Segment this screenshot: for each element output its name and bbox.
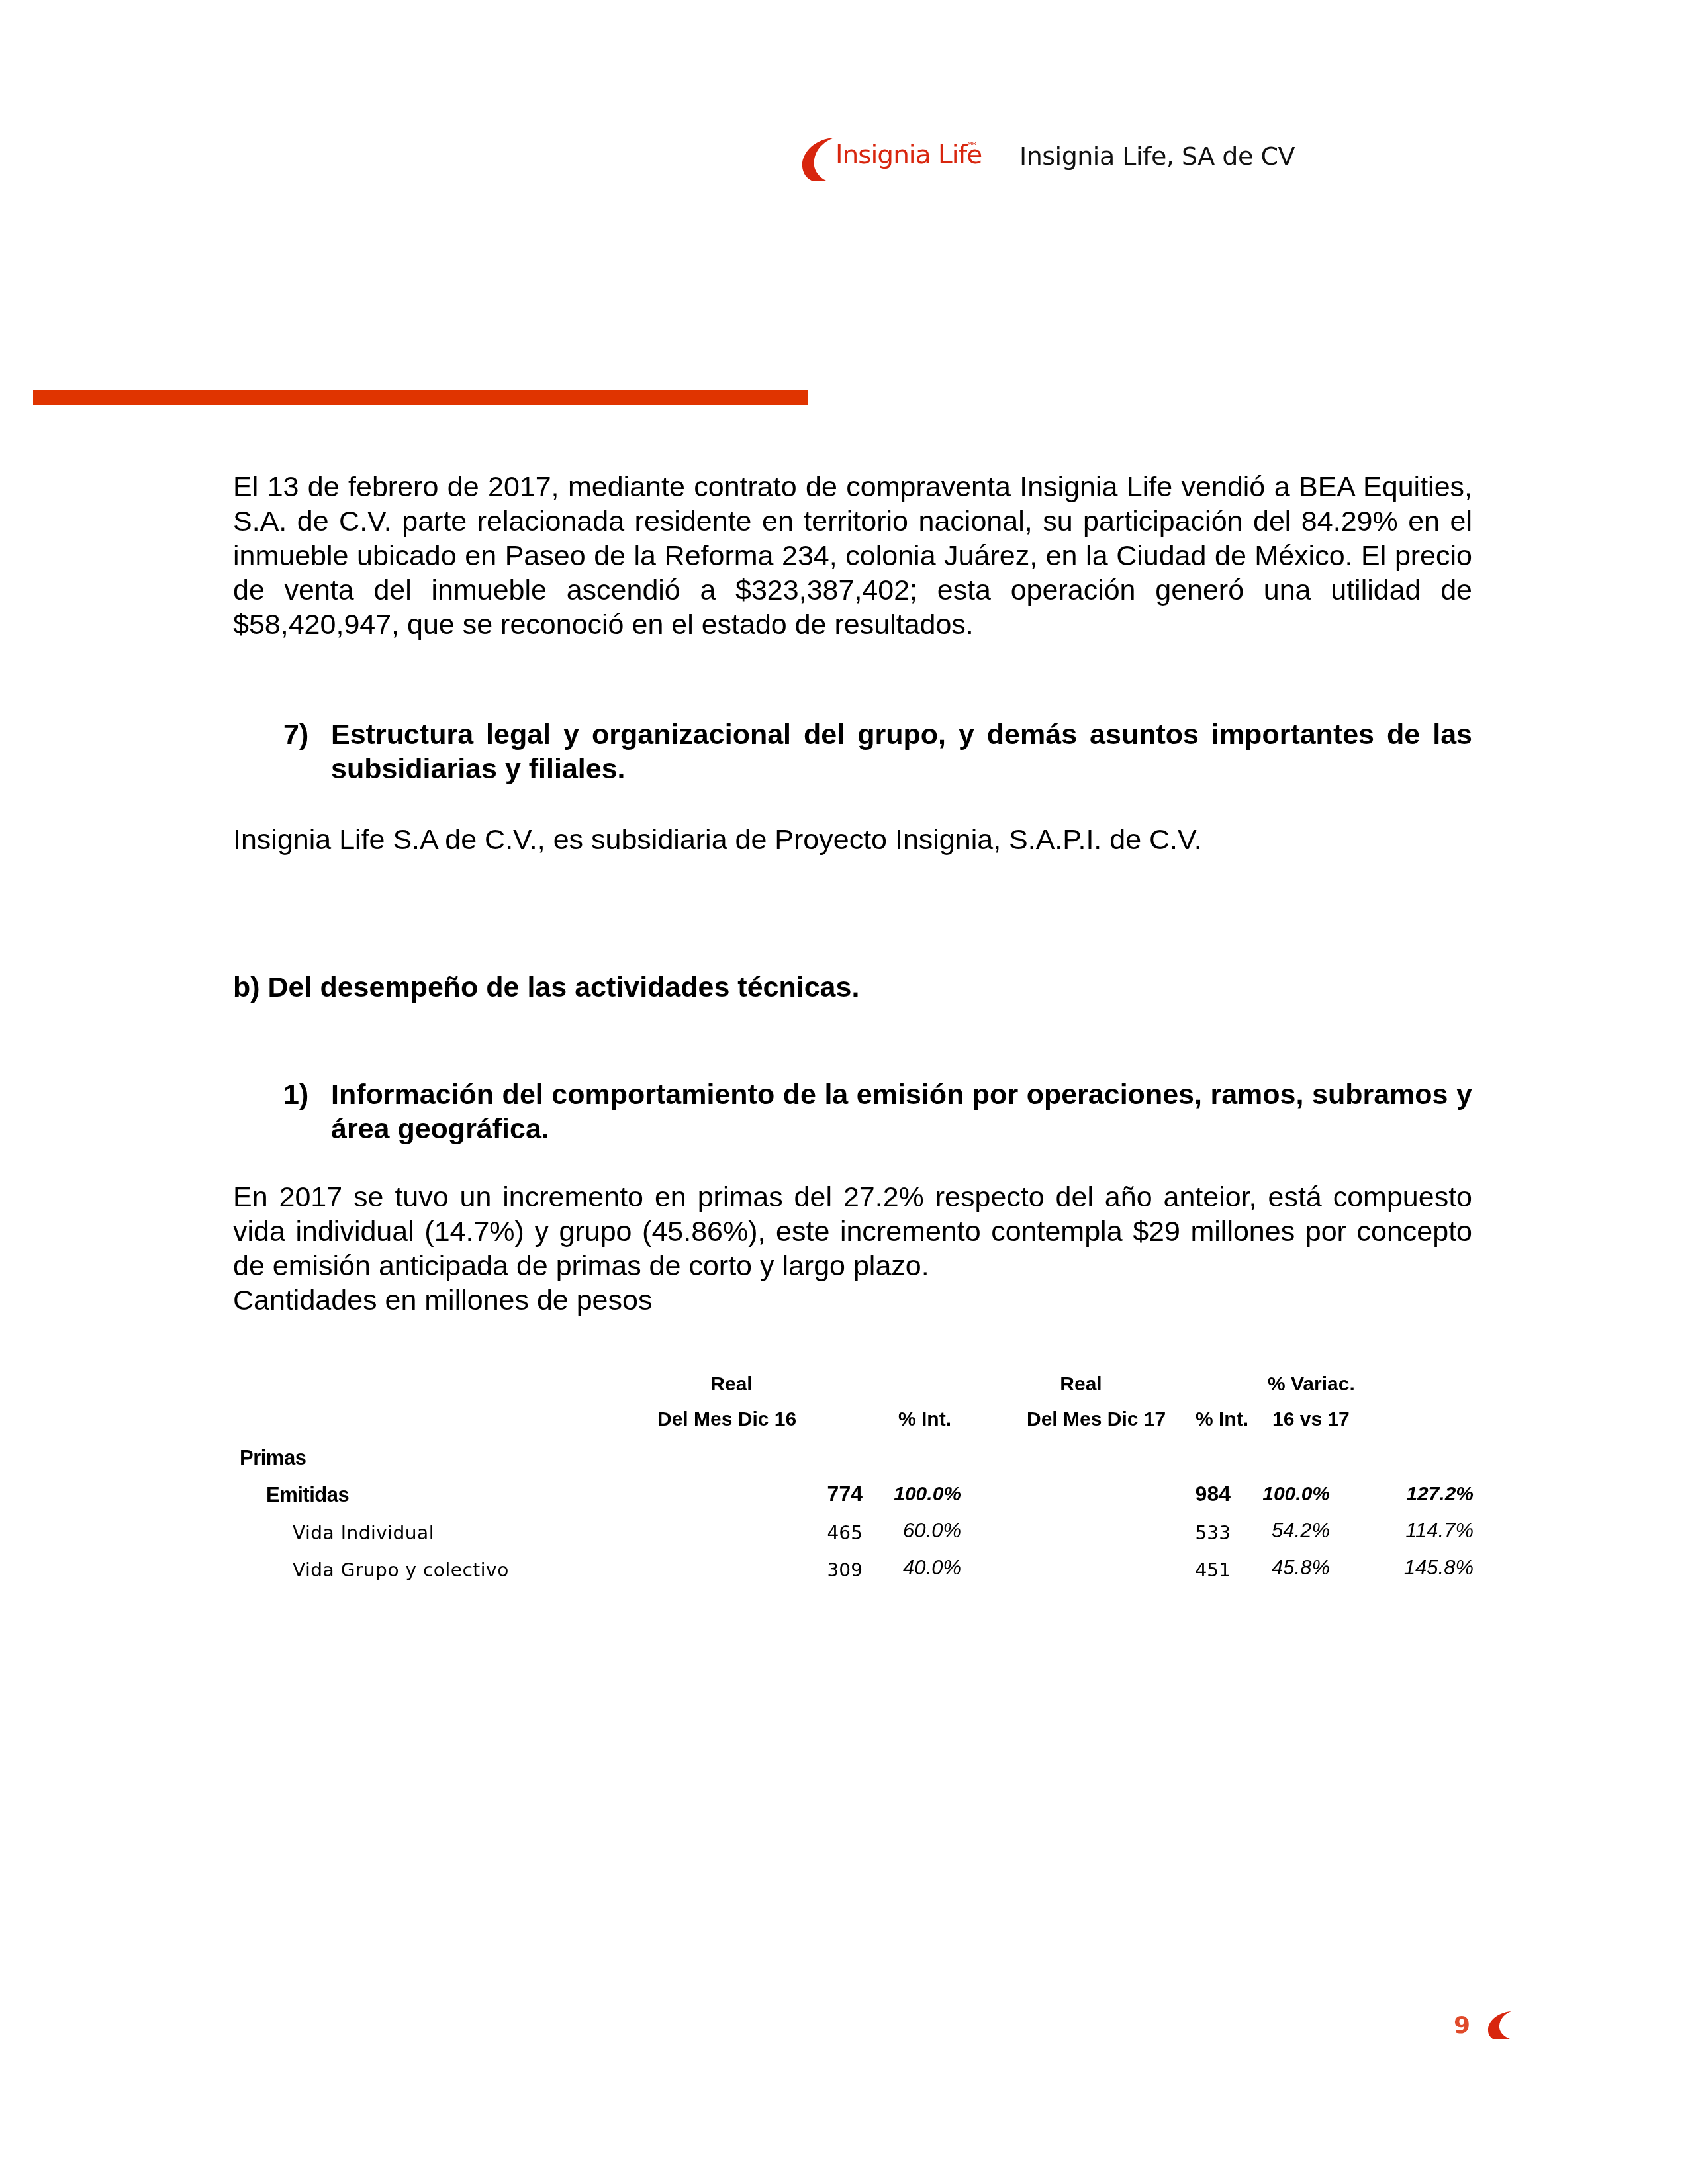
units-note: Cantidades en millones de pesos xyxy=(233,1283,652,1318)
table-section-primas: Primas xyxy=(240,1446,306,1470)
value-dic-17: 451 xyxy=(1164,1559,1231,1581)
pct-variac: 114.7% xyxy=(1341,1519,1474,1543)
header-dic-17: Del Mes Dic 17 xyxy=(1027,1408,1166,1431)
logo-wordmark: Insignia Life xyxy=(835,140,982,170)
row-label: Vida Grupo y colectivo xyxy=(293,1559,509,1581)
header-real-17: Real xyxy=(1055,1373,1107,1396)
page-number: 9 xyxy=(1454,2012,1470,2039)
pct-int-16: 40.0% xyxy=(862,1556,961,1580)
value-dic-16: 309 xyxy=(796,1559,863,1581)
paragraph-premium-growth: En 2017 se tuvo un incremento en primas … xyxy=(233,1180,1472,1283)
value-dic-16: 774 xyxy=(796,1482,863,1506)
header-real-16: Real xyxy=(705,1373,758,1396)
insignia-life-logo: Insignia Life MR xyxy=(800,132,985,185)
row-label: Emitidas xyxy=(266,1483,349,1507)
section-1-number: 1) xyxy=(283,1077,308,1112)
pct-int-17: 45.8% xyxy=(1231,1556,1330,1580)
pct-int-16: 100.0% xyxy=(862,1483,961,1506)
logo-trademark: MR xyxy=(968,140,976,146)
value-dic-17: 984 xyxy=(1164,1482,1231,1506)
pct-int-17: 100.0% xyxy=(1231,1483,1330,1506)
pct-variac: 127.2% xyxy=(1341,1483,1474,1506)
crescent-logo-icon xyxy=(800,136,837,181)
paragraph-subsidiary: Insignia Life S.A de C.V., es subsidiari… xyxy=(233,823,1472,857)
company-name-header: Insignia Life, SA de CV xyxy=(1019,142,1295,171)
section-7-title: Estructura legal y organizacional del gr… xyxy=(331,717,1472,786)
row-label: Vida Individual xyxy=(293,1522,434,1544)
header-pct-int-16: % Int. xyxy=(898,1408,951,1431)
section-7-number: 7) xyxy=(283,717,308,752)
crescent-logo-icon xyxy=(1486,2011,1513,2040)
section-1-title: Información del comportamiento de la emi… xyxy=(331,1077,1472,1146)
paragraph-property-sale: El 13 de febrero de 2017, mediante contr… xyxy=(233,470,1472,642)
pct-int-17: 54.2% xyxy=(1231,1519,1330,1543)
header-accent-bar xyxy=(33,390,808,405)
header-variac: % Variac. xyxy=(1268,1373,1355,1396)
header-16-vs-17: 16 vs 17 xyxy=(1272,1408,1350,1431)
pct-int-16: 60.0% xyxy=(862,1519,961,1543)
pct-variac: 145.8% xyxy=(1341,1556,1474,1580)
value-dic-16: 465 xyxy=(796,1522,863,1544)
header-dic-16: Del Mes Dic 16 xyxy=(657,1408,796,1431)
value-dic-17: 533 xyxy=(1164,1522,1231,1544)
header-pct-int-17: % Int. xyxy=(1196,1408,1248,1431)
section-b-title: b) Del desempeño de las actividades técn… xyxy=(233,970,859,1005)
